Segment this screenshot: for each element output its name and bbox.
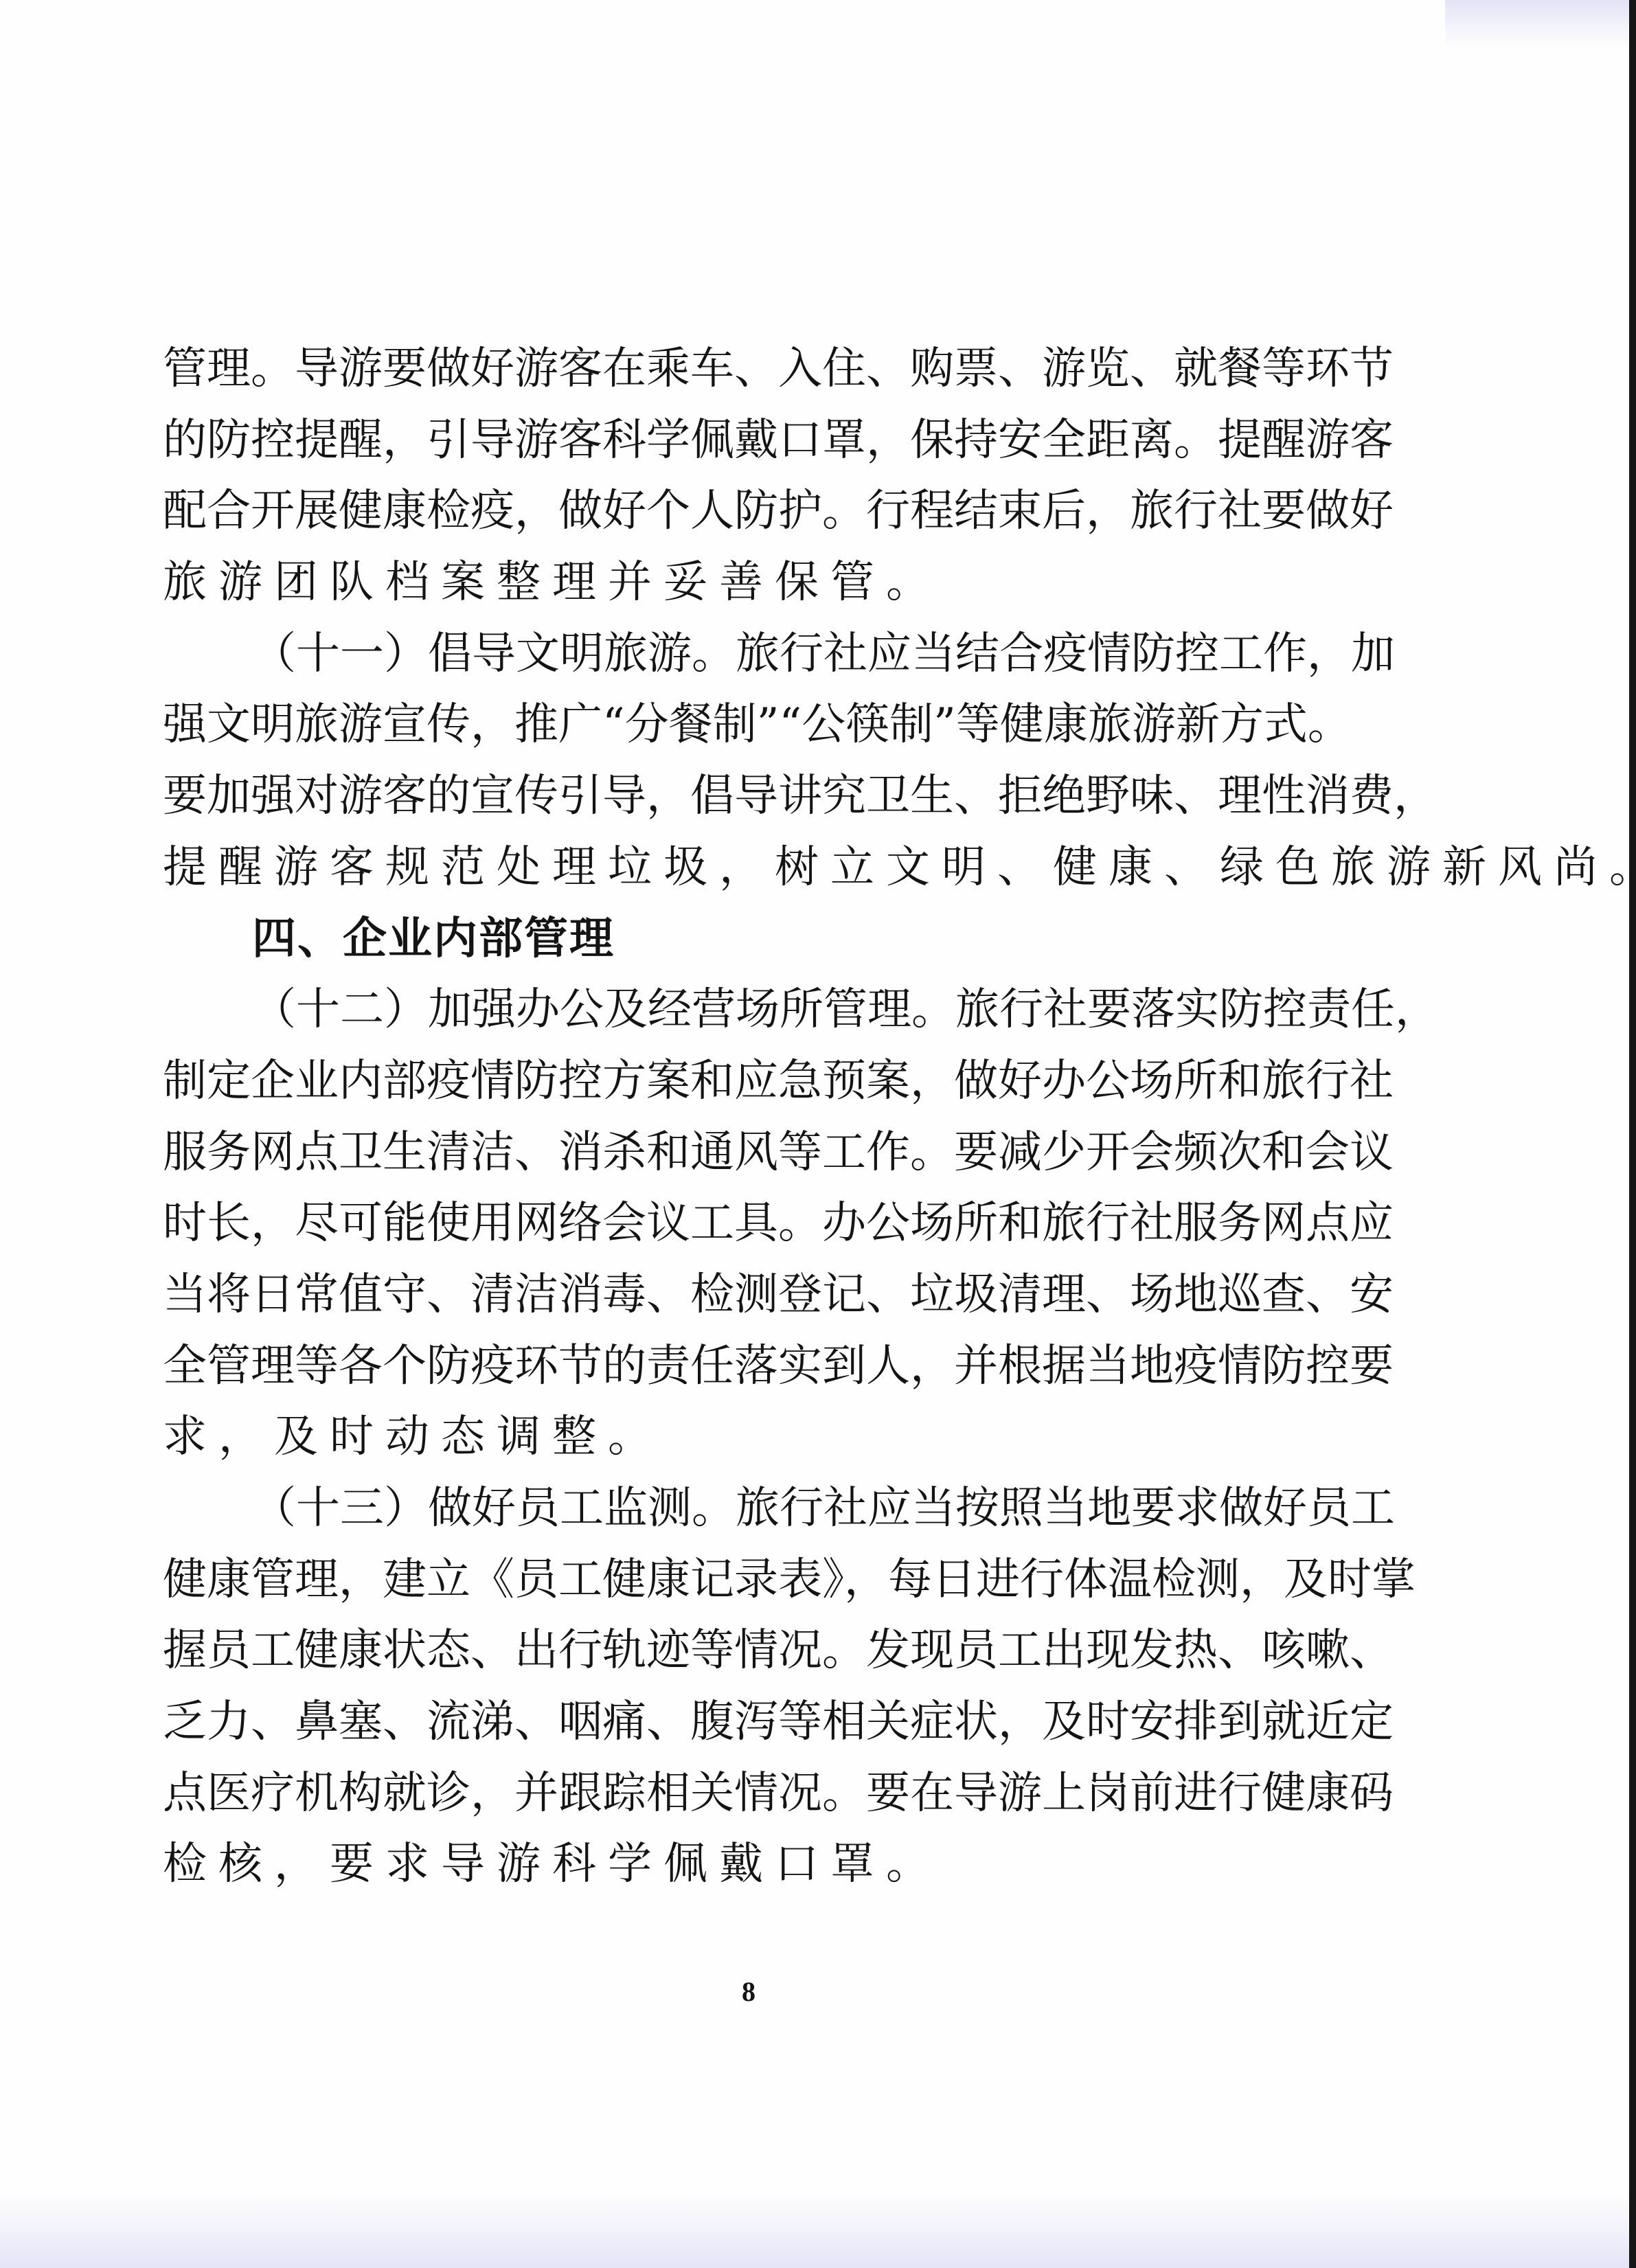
scan-artifact-top: [1445, 0, 1631, 48]
section-heading: 四、企业内部管理: [163, 904, 1334, 975]
body-line: 提醒游客规范处理垃圾，树立文明、健康、绿色旅游新风尚。: [163, 832, 1334, 904]
body-line: 强文明旅游宣传，推广“分餐制”“公筷制”等健康旅游新方式。: [163, 690, 1334, 761]
page-number: 8: [735, 1971, 762, 2012]
body-line: 配合开展健康检疫，做好个人防护。行程结束后，旅行社要做好: [163, 476, 1334, 547]
paragraph-13-start: （十三）做好员工监测。旅行社应当按照当地要求做好员工: [163, 1473, 1334, 1545]
scan-artifact-bottom: [0, 2192, 1629, 2268]
document-body: 管理。导游要做好游客在乘车、入住、购票、游览、就餐等环节 的防控提醒，引导游客科…: [163, 334, 1334, 1901]
body-line: 乏力、鼻塞、流涕、咽痛、腹泻等相关症状，及时安排到就近定: [163, 1687, 1334, 1758]
body-line: 时长，尽可能使用网络会议工具。办公场所和旅行社服务网点应: [163, 1188, 1334, 1260]
body-line: 制定企业内部疫情防控方案和应急预案，做好办公场所和旅行社: [163, 1046, 1334, 1118]
body-line: 服务网点卫生清洁、消杀和通风等工作。要减少开会频次和会议: [163, 1118, 1334, 1189]
body-line: 健康管理，建立《员工健康记录表》，每日进行体温检测，及时掌: [163, 1545, 1334, 1616]
paragraph-11-start: （十一）倡导文明旅游。旅行社应当结合疫情防控工作，加: [163, 619, 1334, 690]
body-line: 求，及时动态调整。: [163, 1402, 1334, 1473]
body-line: 当将日常值守、清洁消毒、检测登记、垃圾清理、场地巡查、安: [163, 1260, 1334, 1331]
body-line: 旅游团队档案整理并妥善保管。: [163, 547, 1334, 619]
body-line: 要加强对游客的宣传引导，倡导讲究卫生、拒绝野味、理性消费，: [163, 761, 1334, 832]
body-line: 管理。导游要做好游客在乘车、入住、购票、游览、就餐等环节: [163, 334, 1334, 405]
body-line: 的防控提醒，引导游客科学佩戴口罩，保持安全距离。提醒游客: [163, 405, 1334, 477]
body-line: 全管理等各个防疫环节的责任落实到人，并根据当地疫情防控要: [163, 1331, 1334, 1403]
body-line: 握员工健康状态、出行轨迹等情况。发现员工出现发热、咳嗽、: [163, 1615, 1334, 1687]
scan-edge-border: [1629, 0, 1636, 2268]
body-line: 检核，要求导游科学佩戴口罩。: [163, 1829, 1334, 1901]
paragraph-12-start: （十二）加强办公及经营场所管理。旅行社要落实防控责任，: [163, 975, 1334, 1046]
document-page: 管理。导游要做好游客在乘车、入住、购票、游览、就餐等环节 的防控提醒，引导游客科…: [0, 0, 1636, 2268]
body-line: 点医疗机构就诊，并跟踪相关情况。要在导游上岗前进行健康码: [163, 1758, 1334, 1830]
